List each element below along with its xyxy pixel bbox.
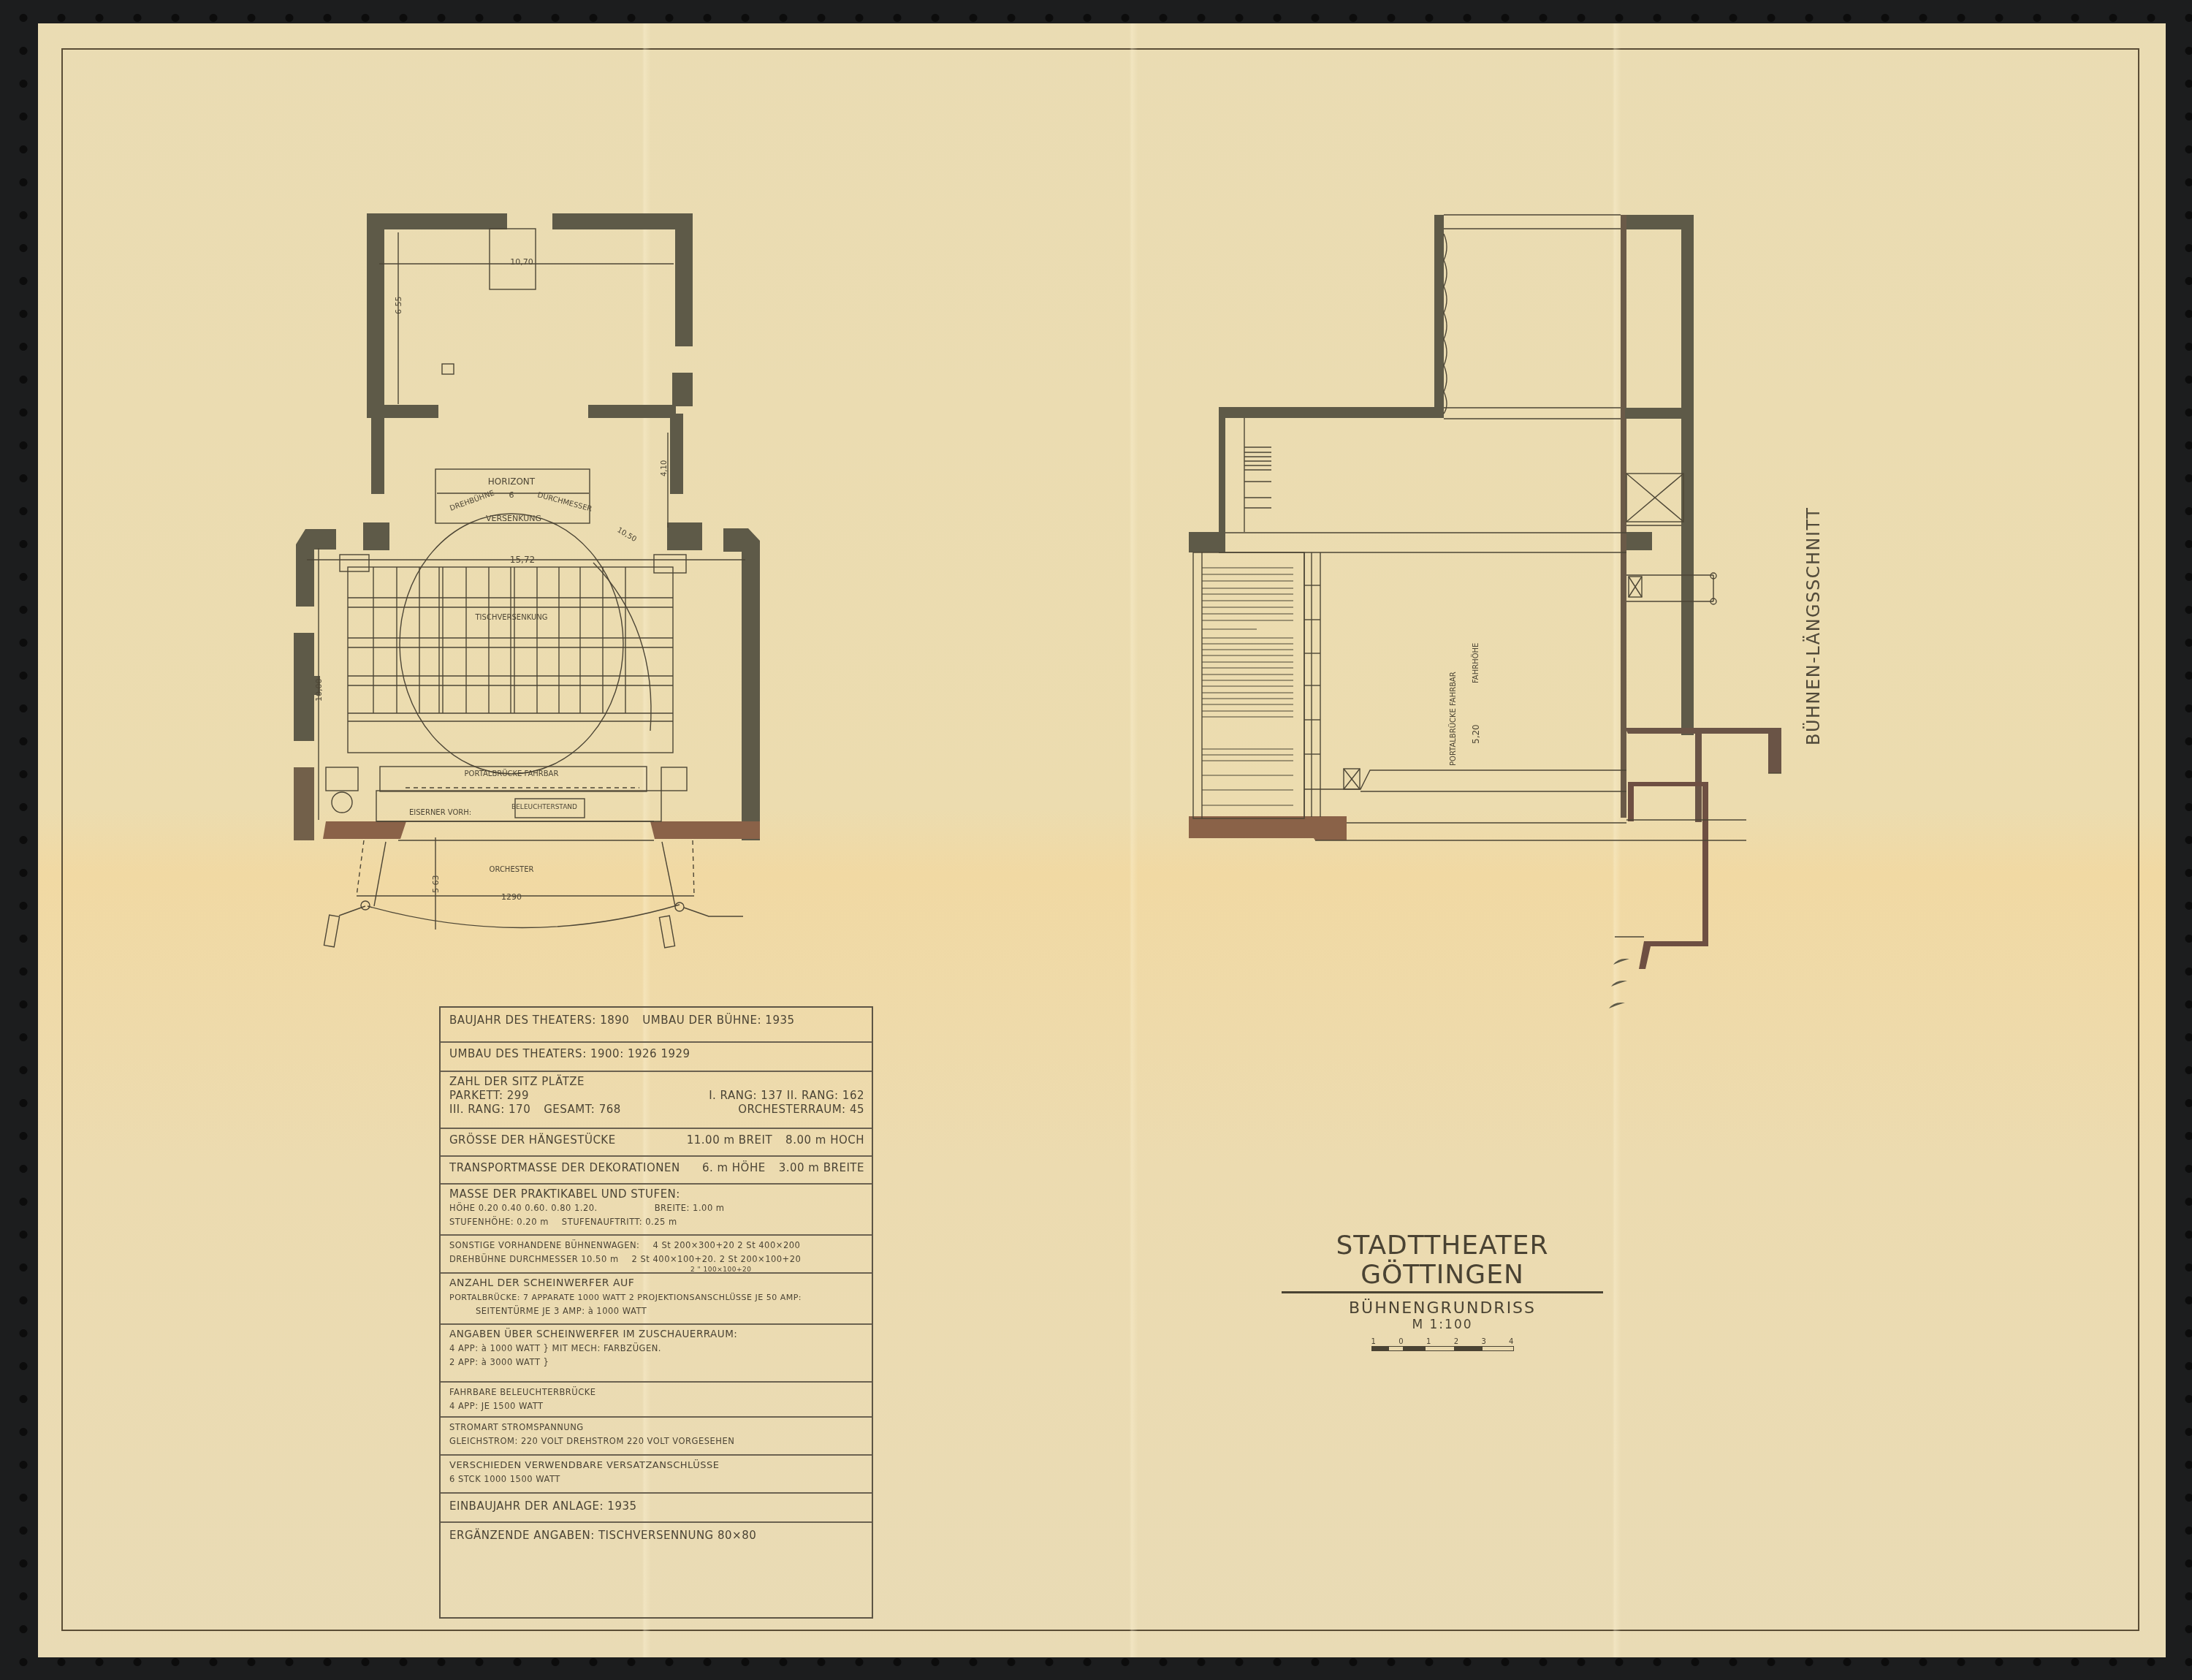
dim-orchester-depth: 5 63: [431, 875, 441, 894]
section-labels: PORTALBRÜCKE FAHRBAR FAHRHÖHE 5,20: [1448, 643, 1481, 766]
info-text: GLEICHSTROM: 220 VOLT DREHSTROM 220 VOLT…: [449, 1434, 734, 1448]
dim-horizont: 6: [509, 490, 514, 500]
label-drehbuehne: DREHBÜHNE: [449, 488, 496, 513]
info-row-haengestuecke: GRÖSSE DER HÄNGESTÜCKE11.00 m BREIT8.00 …: [441, 1129, 872, 1157]
info-row-praktikabel: MASSE DER PRAKTIKABEL UND STUFEN: HÖHE 0…: [441, 1185, 872, 1236]
info-row-scheinwerfer-portal: ANZAHL DER SCHEINWERFER AUF PORTALBRÜCKE…: [441, 1274, 872, 1325]
steps-symbol: [1609, 959, 1629, 1008]
info-text: 11.00 m BREIT: [687, 1133, 772, 1147]
scale-tick: 0: [1398, 1338, 1403, 1346]
info-text: ANZAHL DER SCHEINWERFER AUF: [449, 1277, 634, 1291]
info-text: I. RANG: 137 II. RANG: 162: [709, 1089, 864, 1103]
info-row-stromart: STROMART STROMSPANNUNG GLEICHSTROM: 220 …: [441, 1418, 872, 1456]
info-text: SONSTIGE VORHANDENE BÜHNENWAGEN:: [449, 1239, 639, 1253]
scale-bar-graphic: [1371, 1346, 1514, 1351]
label-beleuchterstand: BELEUCHTERSTAND: [511, 804, 577, 811]
info-row-scheinwerfer-zuschauerraum: ANGABEN ÜBER SCHEINWERFER IM ZUSCHAUERRA…: [441, 1325, 872, 1383]
info-text: HÖHE 0.20 0.40 0.60. 0.80 1.20.: [449, 1201, 598, 1215]
info-text: FAHRBARE BELEUCHTERBRÜCKE: [449, 1386, 596, 1399]
drawing-subtitle: BÜHNENGRUNDRISS: [1282, 1299, 1603, 1318]
info-text: ERGÄNZENDE ANGABEN: TISCHVERSENNUNG 80×8…: [449, 1529, 756, 1543]
info-text: 2 APP: à 3000 WATT }: [449, 1356, 549, 1369]
dim-drehbuehne-diameter: 10,50: [616, 526, 638, 544]
label-orchester: ORCHESTER: [490, 866, 534, 874]
info-text: EINBAUJAHR DER ANLAGE: 1935: [449, 1500, 637, 1513]
info-row-versatzanschluesse: VERSCHIEDEN VERWENDBARE VERSATZANSCHLÜSS…: [441, 1456, 872, 1494]
label-fahrhoehe: FAHRHÖHE: [1471, 643, 1480, 683]
label-portalbruecke: PORTALBRÜCKE FAHRBAR: [465, 769, 559, 778]
info-text: MASSE DER PRAKTIKABEL UND STUFEN:: [449, 1187, 680, 1201]
info-text: 6. m HÖHE: [702, 1161, 766, 1175]
title-block: STADTTHEATER GÖTTINGEN BÜHNENGRUNDRISS M…: [1282, 1231, 1603, 1357]
info-text: 8.00 m HOCH: [785, 1133, 864, 1147]
info-row-transportmasse: TRANSPORTMASSE DER DEKORATIONEN6. m HÖHE…: [441, 1157, 872, 1185]
label-horizont: HORIZONT: [488, 476, 536, 487]
scale-tick: 2: [1454, 1338, 1458, 1346]
info-text: UMBAU DER BÜHNE: 1935: [642, 1014, 794, 1027]
info-text: PARKETT: 299: [449, 1089, 529, 1103]
label-versenkung: VERSENKUNG: [486, 514, 541, 523]
label-durchmesser: DURCHMESSER: [536, 491, 593, 514]
scale-bar: 1 0 1 2 3 4: [1371, 1338, 1514, 1357]
drawings-canvas: HORIZONT VERSENKUNG DREHBÜHNE DURCHMESSE…: [0, 0, 2192, 1680]
drawing-scale: M 1:100: [1282, 1318, 1603, 1332]
info-row-baujahr: BAUJAHR DES THEATERS: 1890UMBAU DER BÜHN…: [441, 1008, 872, 1043]
info-row-einbaujahr: EINBAUJAHR DER ANLAGE: 1935: [441, 1494, 872, 1523]
info-text: TRANSPORTMASSE DER DEKORATIONEN: [449, 1161, 680, 1175]
info-text: GRÖSSE DER HÄNGESTÜCKE: [449, 1133, 616, 1147]
info-row-ergaenzende-angaben: ERGÄNZENDE ANGABEN: TISCHVERSENNUNG 80×8…: [441, 1523, 872, 1544]
info-text: STROMART STROMSPANNUNG: [449, 1421, 584, 1434]
dim-side-depth: 4,10: [661, 460, 669, 476]
stage-info-table: BAUJAHR DES THEATERS: 1890UMBAU DER BÜHN…: [439, 1006, 873, 1619]
info-text: BREITE: 1.00 m: [655, 1201, 725, 1215]
scale-tick: 1: [1426, 1338, 1431, 1346]
scale-tick: 4: [1509, 1338, 1513, 1346]
info-text: GESAMT: 768: [544, 1103, 621, 1117]
info-text: ANGABEN ÜBER SCHEINWERFER IM ZUSCHAUERRA…: [449, 1328, 737, 1342]
info-text: 2 St 400×100+20. 2 St 200×100+20: [632, 1253, 802, 1266]
info-text: STUFENHÖHE: 0.20 m: [449, 1215, 549, 1229]
label-tischversenkung: TISCHVERSENKUNG: [475, 614, 548, 622]
dim-buehne-depth: 10,00: [314, 679, 324, 702]
dim-hinterbuehne-depth: 6 55: [394, 297, 403, 315]
label-section-portalbruecke: PORTALBRÜCKE FAHRBAR: [1448, 672, 1458, 766]
info-row-umbau: UMBAU DES THEATERS: 1900: 1926 1929: [441, 1043, 872, 1072]
info-text: UMBAU DES THEATERS: 1900: 1926 1929: [449, 1047, 690, 1061]
info-text: ZAHL DER SITZ PLÄTZE: [449, 1075, 585, 1089]
scale-tick: 1: [1371, 1338, 1376, 1346]
info-text: ORCHESTERRAUM: 45: [738, 1103, 864, 1117]
info-text: 4 St 200×300+20 2 St 400×200: [652, 1239, 800, 1253]
info-text: 4 APP: à 1000 WATT } MIT MECH: FARBZÜGEN…: [449, 1342, 661, 1356]
info-text: III. RANG: 170: [449, 1103, 530, 1117]
stage-section-walls: [1189, 215, 1781, 969]
dim-hinterbuehne-width: 10,70: [510, 257, 533, 267]
drawing-title: STADTTHEATER GÖTTINGEN: [1282, 1231, 1603, 1293]
section-title: BÜHNEN-LÄNGSSCHNITT: [1803, 507, 1824, 745]
info-text: 3.00 m BREITE: [779, 1161, 864, 1175]
scale-tick: 3: [1481, 1338, 1485, 1346]
info-text: VERSCHIEDEN VERWENDBARE VERSATZANSCHLÜSS…: [449, 1459, 719, 1472]
info-text: DREHBÜHNE DURCHMESSER 10.50 m: [449, 1253, 619, 1266]
info-text: PORTALBRÜCKE: 7 APPARATE 1000 WATT 2 PRO…: [449, 1291, 802, 1304]
info-text: 6 STCK 1000 1500 WATT: [449, 1472, 560, 1486]
info-text: STUFENAUFTRITT: 0.25 m: [562, 1215, 677, 1229]
dim-buehne-width: 15,72: [510, 555, 535, 565]
dim-orchester-width: 1290: [501, 892, 522, 902]
info-text: SEITENTÜRME JE 3 AMP: à 1000 WATT: [476, 1304, 647, 1318]
info-row-beleuchterbruecke: FAHRBARE BELEUCHTERBRÜCKE 4 APP: JE 1500…: [441, 1383, 872, 1418]
info-row-buehnenwagen: SONSTIGE VORHANDENE BÜHNENWAGEN:4 St 200…: [441, 1236, 872, 1274]
label-eiserner-vorhang: EISERNER VORH:: [409, 809, 471, 817]
label-section-height: 5,20: [1471, 724, 1481, 744]
info-row-sitzplaetze: ZAHL DER SITZ PLÄTZE PARKETT: 299I. RANG…: [441, 1072, 872, 1129]
stage-floor-plan: [294, 213, 760, 840]
info-text: 2 " 100×100+20: [690, 1266, 751, 1274]
info-text: BAUJAHR DES THEATERS: 1890: [449, 1014, 629, 1027]
info-text: 4 APP: JE 1500 WATT: [449, 1399, 544, 1413]
